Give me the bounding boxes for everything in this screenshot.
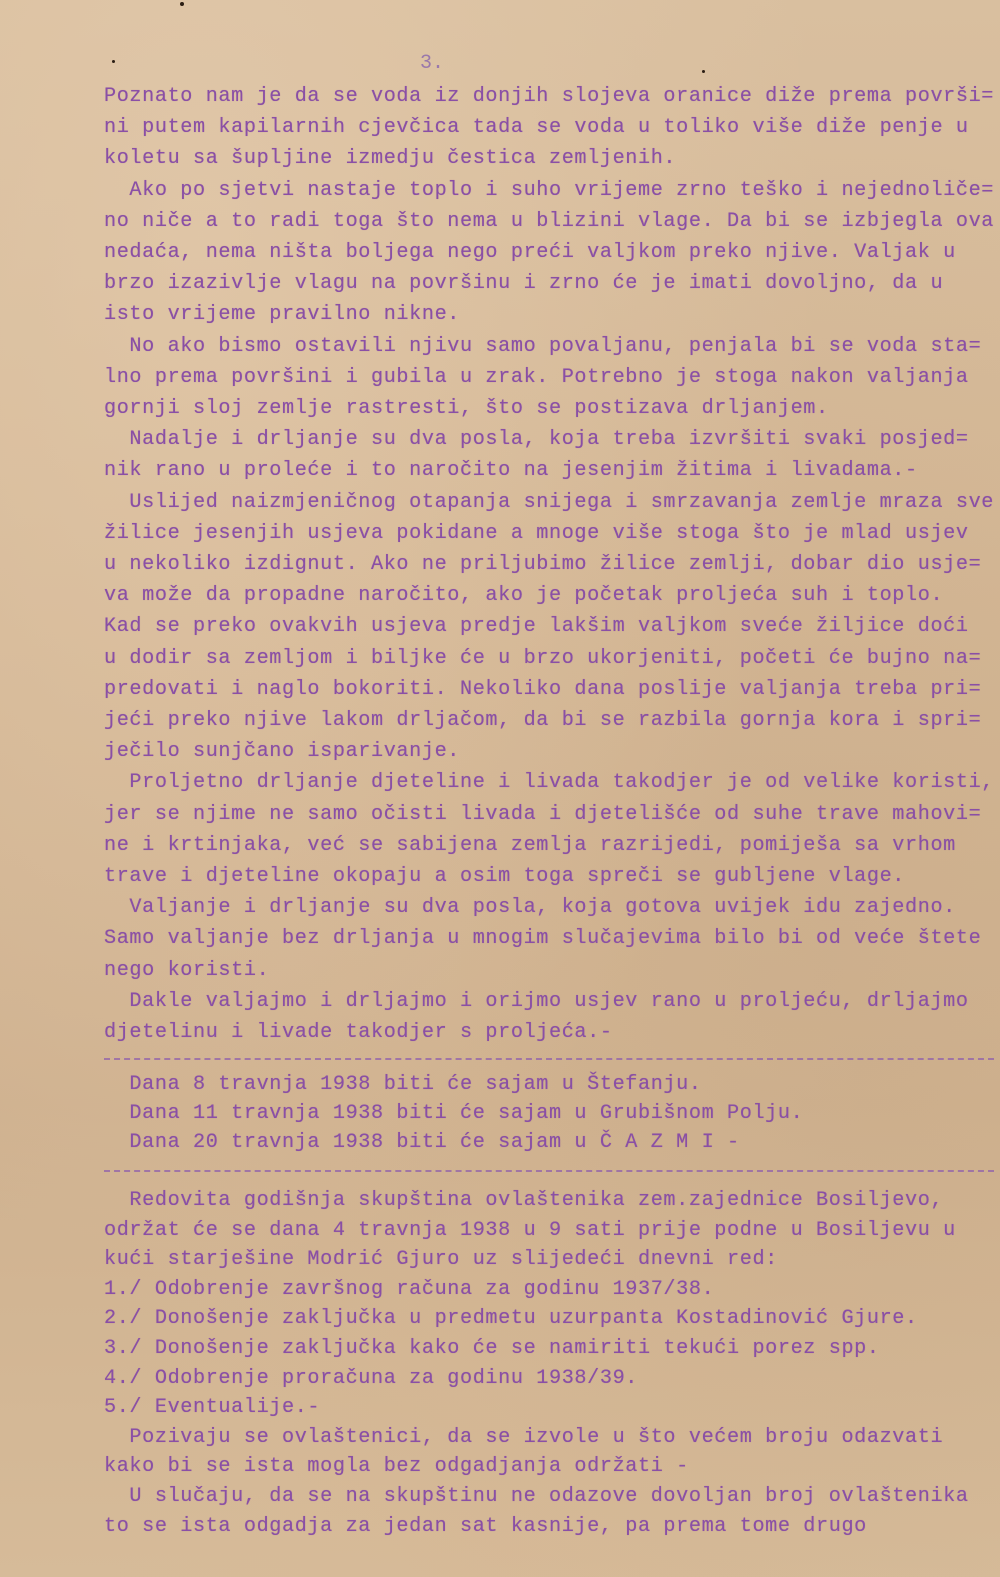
- text-line: gornji sloj zemlje rastresti, što se pos…: [104, 394, 829, 424]
- section-divider: [104, 1058, 994, 1060]
- text-line: nego koristi.: [104, 956, 269, 986]
- typewritten-page: 3. Poznato nam je da se voda iz donjih s…: [0, 0, 1000, 1577]
- text-line: nik rano u proleće i to naročito na jese…: [104, 456, 918, 486]
- text-line: lno prema površini i gubila u zrak. Potr…: [104, 363, 969, 393]
- text-line: Redovita godišnja skupština ovlaštenika …: [104, 1186, 943, 1216]
- text-line: jer se njime ne samo očisti livada i dje…: [104, 800, 981, 830]
- page-number: 3.: [420, 52, 444, 75]
- text-line: Dakle valjajmo i drljajmo i orijmo usjev…: [104, 987, 969, 1017]
- text-line: no niče a to radi toga što nema u blizin…: [104, 207, 994, 237]
- text-line: Kad se preko ovakvih usjeva predje lakši…: [104, 612, 969, 642]
- text-line: Dana 8 travnja 1938 biti će sajam u Štef…: [104, 1070, 702, 1100]
- text-line: 4./ Odobrenje proračuna za godinu 1938/3…: [104, 1364, 638, 1394]
- text-line: nedaća, nema ništa boljega nego preći va…: [104, 238, 956, 268]
- text-line: ne i krtinjaka, već se sabijena zemlja r…: [104, 831, 956, 861]
- text-line: predovati i naglo bokoriti. Nekoliko dan…: [104, 675, 981, 705]
- text-line: Proljetno drljanje djeteline i livada ta…: [104, 768, 994, 798]
- text-line: brzo izazivlje vlagu na površinu i zrno …: [104, 269, 943, 299]
- paper-speck: [180, 2, 184, 6]
- text-line: U slučaju, da se na skupštinu ne odazove…: [104, 1482, 969, 1512]
- text-line: Dana 20 travnja 1938 biti će sajam u Č A…: [104, 1128, 740, 1158]
- text-line: isto vrijeme pravilno nikne.: [104, 300, 460, 330]
- text-line: djetelinu i livade takodjer s proljeća.-: [104, 1018, 613, 1048]
- section-divider: [104, 1170, 994, 1172]
- text-line: Nadalje i drljanje su dva posla, koja tr…: [104, 425, 969, 455]
- text-line: Samo valjanje bez drljanja u mnogim sluč…: [104, 924, 981, 954]
- text-line: va može da propadne naročito, ako je poč…: [104, 581, 943, 611]
- text-line: 5./ Eventualije.-: [104, 1393, 320, 1423]
- paper-speck: [112, 60, 115, 63]
- text-line: Ako po sjetvi nastaje toplo i suho vrije…: [104, 176, 994, 206]
- text-line: 2./ Donošenje zaključka u predmetu uzurp…: [104, 1304, 918, 1334]
- text-line: trave i djeteline okopaju a osim toga sp…: [104, 862, 905, 892]
- text-line: No ako bismo ostavili njivu samo povalja…: [104, 332, 981, 362]
- text-line: Poznato nam je da se voda iz donjih sloj…: [104, 82, 994, 112]
- text-line: kako bi se ista mogla bez odgadjanja odr…: [104, 1452, 689, 1482]
- text-line: održat će se dana 4 travnja 1938 u 9 sat…: [104, 1216, 956, 1246]
- text-line: Uslijed naizmjeničnog otapanja snijega i…: [104, 488, 994, 518]
- text-line: u nekoliko izdignut. Ako ne priljubimo ž…: [104, 550, 981, 580]
- text-line: u dodir sa zemljom i biljke će u brzo uk…: [104, 644, 981, 674]
- text-line: ni putem kapilarnih cjevčica tada se vod…: [104, 113, 969, 143]
- text-line: Pozivaju se ovlaštenici, da se izvole u …: [104, 1423, 943, 1453]
- text-line: koletu sa šupljine izmedju čestica zemlj…: [104, 144, 676, 174]
- text-line: Dana 11 travnja 1938 biti će sajam u Gru…: [104, 1099, 803, 1129]
- text-line: žilice jesenjih usjeva pokidane a mnoge …: [104, 519, 969, 549]
- text-line: kući starješine Modrić Gjuro uz slijedeć…: [104, 1245, 778, 1275]
- text-line: to se ista odgadja za jedan sat kasnije,…: [104, 1512, 867, 1542]
- text-line: Valjanje i drljanje su dva posla, koja g…: [104, 893, 956, 923]
- text-line: ječilo sunjčano isparivanje.: [104, 737, 460, 767]
- text-line: 3./ Donošenje zaključka kako će se namir…: [104, 1334, 880, 1364]
- text-line: jeći preko njive lakom drljačom, da bi s…: [104, 706, 981, 736]
- text-line: 1./ Odobrenje završnog računa za godinu …: [104, 1275, 714, 1305]
- paper-speck: [702, 70, 705, 73]
